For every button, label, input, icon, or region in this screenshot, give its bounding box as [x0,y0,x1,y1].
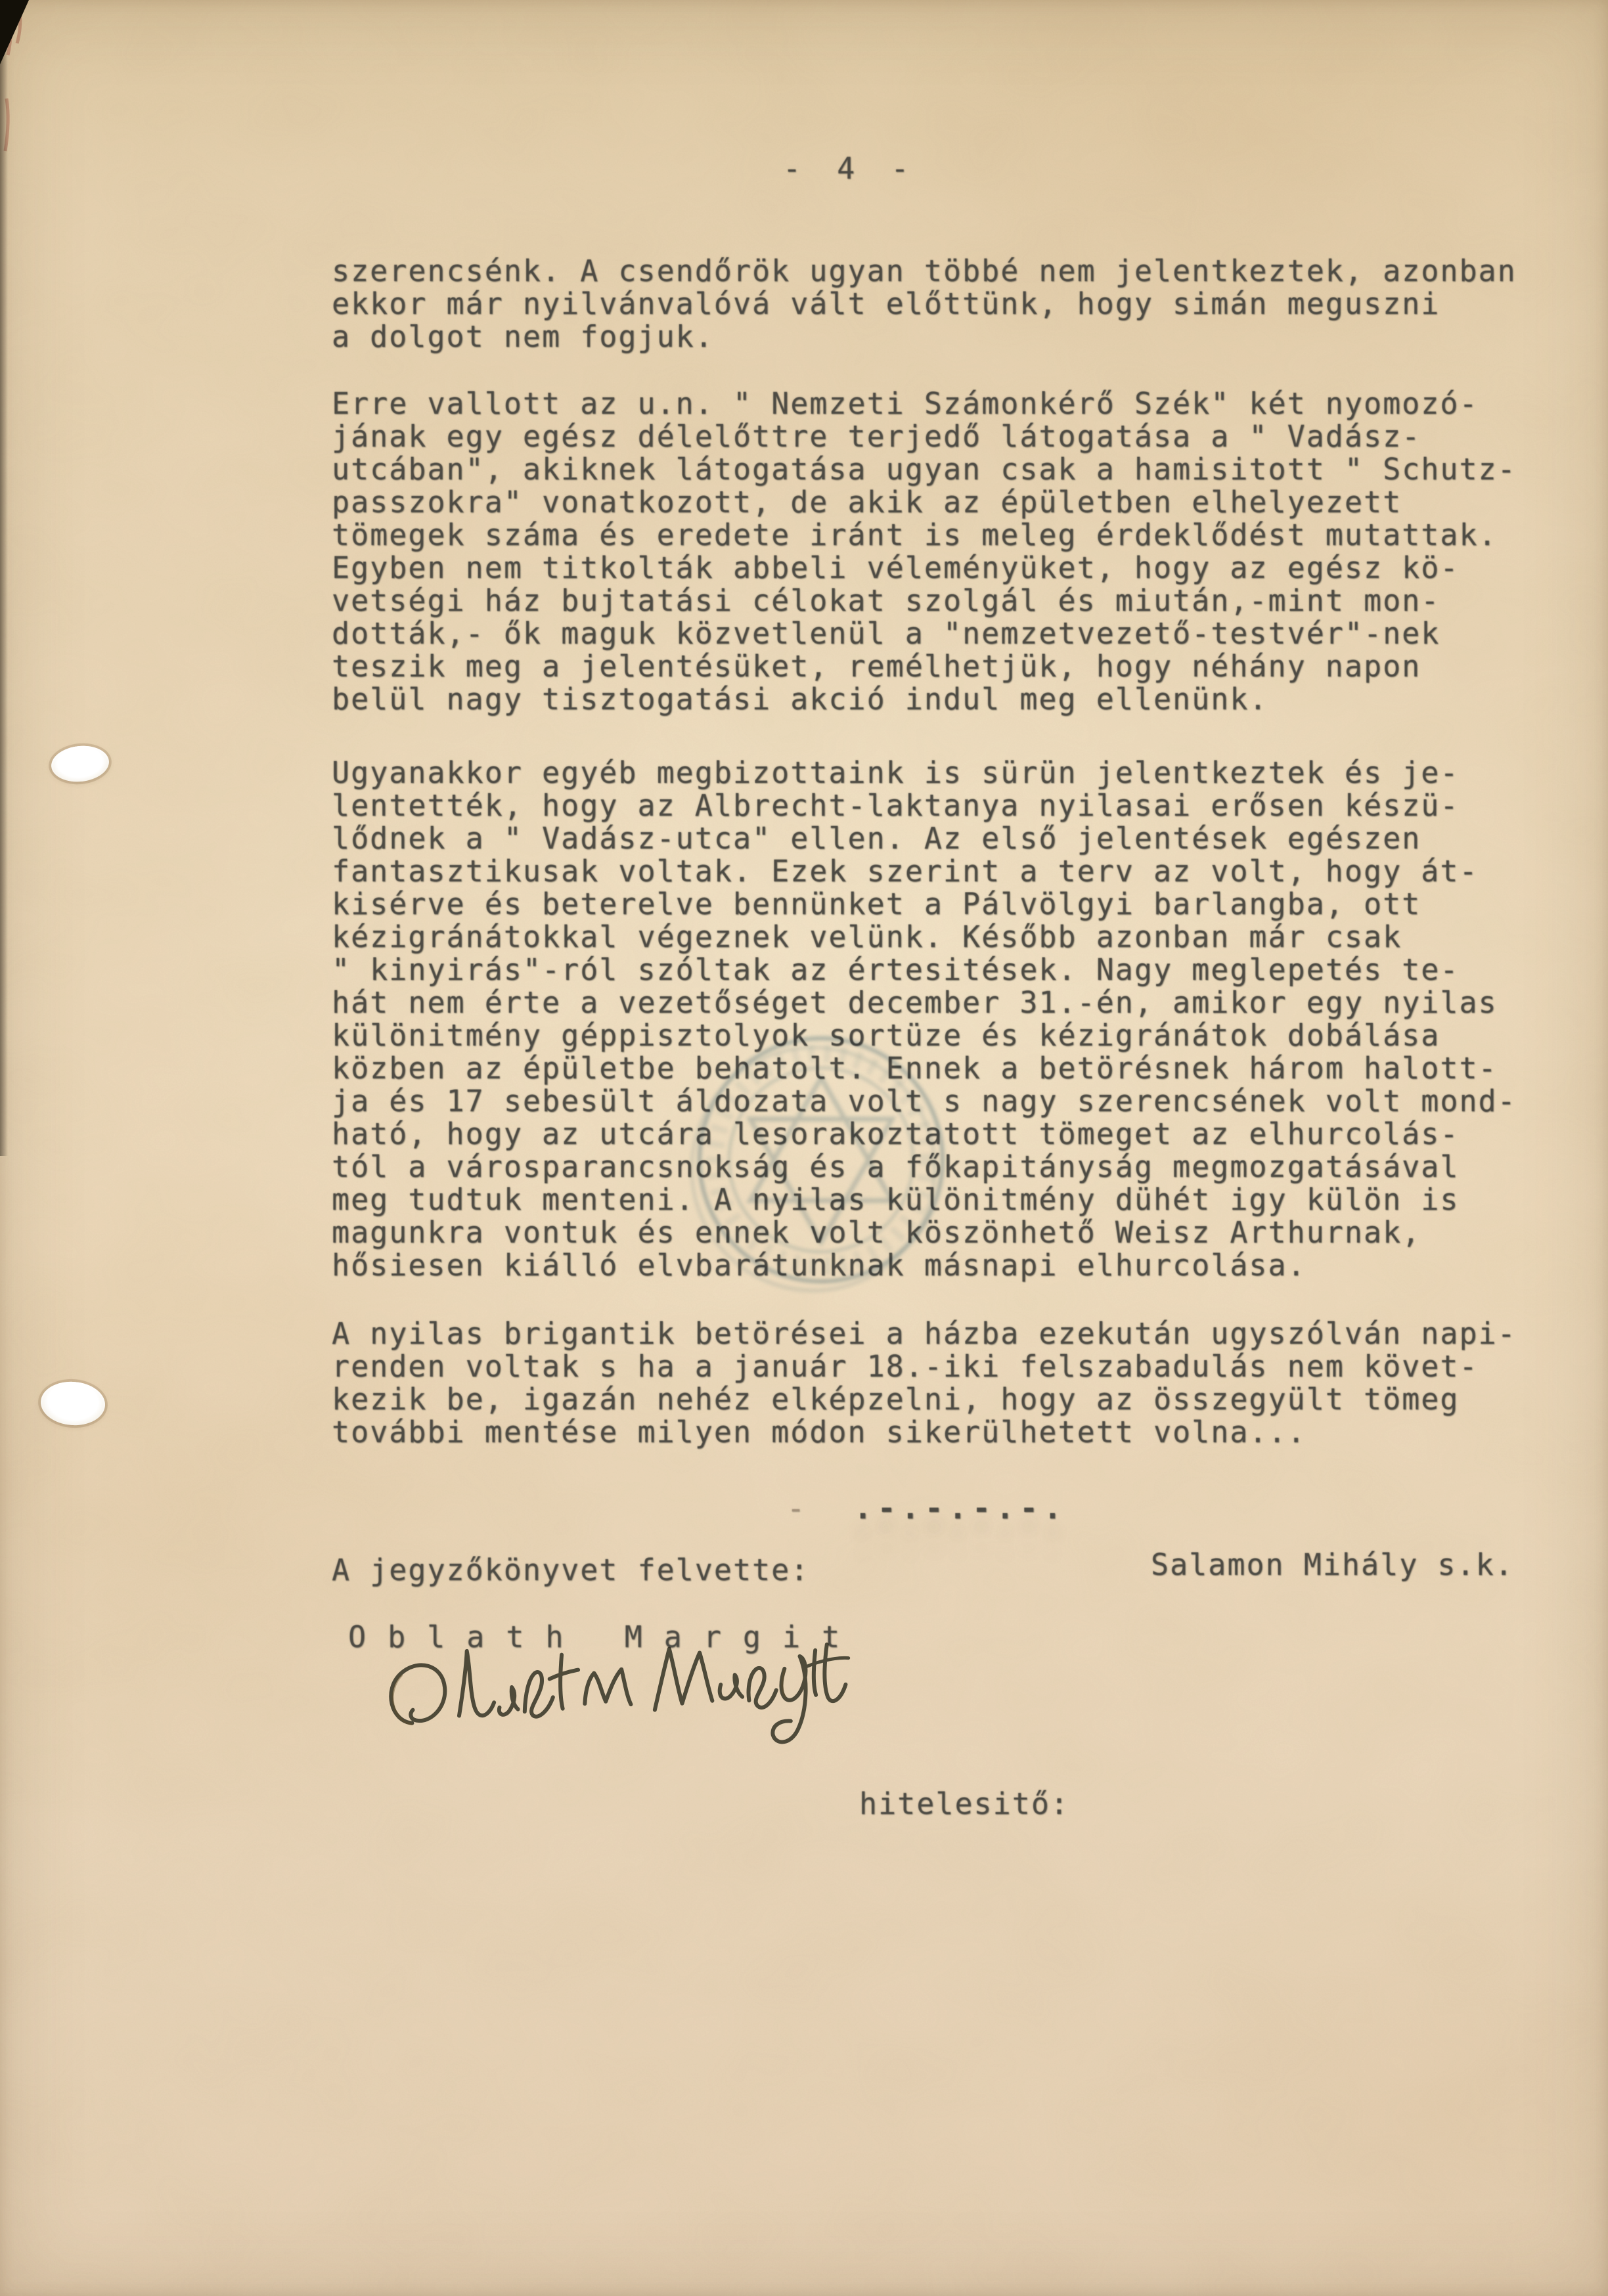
paragraph: Ugyanakkor egyéb megbizottaink is sürün … [332,757,1517,1282]
paragraph: A nyilas brigantik betörései a házba eze… [332,1317,1517,1449]
document-page: - 4 - szerencsénk. A csendőrök ugyan töb… [0,0,1608,2296]
paragraph-line: szerencsénk. A csendőrök ugyan többé nem… [332,255,1517,288]
paragraph-line: vetségi ház bujtatási célokat szolgál és… [332,585,1517,617]
paragraph-line: ható, hogy az utcára lesorakoztatott töm… [332,1118,1517,1151]
paragraph-line: teszik meg a jelentésüket, remélhetjük, … [332,650,1517,683]
handwritten-signature [378,1612,857,1783]
recorded-by-label: A jegyzőkönyvet felvette: [332,1554,809,1587]
paragraph-line: jának egy egész délelőttre terjedő látog… [332,420,1517,453]
typed-separator: .-.-.-.-. [854,1492,1067,1525]
paragraph-line: meg tudtuk menteni. A nyilas különitmény… [332,1183,1517,1216]
paragraph-line: magunkra vontuk és ennek volt köszönhető… [332,1216,1517,1249]
paragraph-line: kézigránátokkal végeznek velünk. Később … [332,921,1517,954]
paragraph-line: lentették, hogy az Albrecht-laktanya nyi… [332,789,1517,822]
paragraph-line: közben az épületbe behatolt. Ennek a bet… [332,1052,1517,1085]
paragraph-line: Erre vallott az u.n. " Nemzeti Számonkér… [332,387,1517,420]
paragraph-line: belül nagy tisztogatási akció indul meg … [332,683,1517,716]
recorder-signed-name: Salamon Mihály s.k. [1151,1549,1514,1581]
scan-edge-shadow [0,39,8,1156]
paragraph-line: A nyilas brigantik betörései a házba eze… [332,1317,1517,1350]
paragraph-line: ja és 17 sebesült áldozata volt s nagy s… [332,1085,1517,1118]
paragraph-line: renden voltak s ha a január 18.-iki fels… [332,1350,1517,1383]
paragraph-line: lődnek a " Vadász-utca" ellen. Az első j… [332,822,1517,855]
paragraph-line: a dolgot nem fogjuk. [332,320,1517,353]
paragraph: Erre vallott az u.n. " Nemzeti Számonkér… [332,387,1517,716]
paragraph-line: kezik be, igazán nehéz elképzelni, hogy … [332,1383,1517,1416]
paragraph-line: dották,- ők maguk közvetlenül a "nemzetv… [332,617,1517,650]
paragraph-line: ekkor már nyilvánvalóvá vált előttünk, h… [332,288,1517,320]
typed-separator-lead-dash: - [787,1492,806,1525]
attestor-label: hitelesitő: [859,1788,1069,1821]
paragraph-line: passzokra" vonatkozott, de akik az épüle… [332,486,1517,519]
punch-hole-bottom [39,1380,106,1428]
corner-edge-marks [0,0,79,210]
paragraph-line: Egyben nem titkolták abbeli véleményüket… [332,552,1517,585]
paragraph-line: fantasztikusak voltak. Ezek szerint a te… [332,855,1517,888]
paragraph-line: utcában", akiknek látogatása ugyan csak … [332,453,1517,486]
paragraph-line: " kinyirás"-ról szóltak az értesitések. … [332,954,1517,986]
paragraph-line: Ugyanakkor egyéb megbizottaink is sürün … [332,757,1517,789]
paragraph-line: hősiesen kiálló elvbarátunknak másnapi e… [332,1249,1517,1282]
paragraph-line: tól a városparancsnokság és a főkapitány… [332,1151,1517,1183]
paragraph-line: további mentése milyen módon sikerülhete… [332,1416,1517,1449]
punch-hole-top [49,743,110,785]
paragraph-line: hát nem érte a vezetőséget december 31.-… [332,986,1517,1019]
page-number: - 4 - [783,152,918,185]
paragraph-line: kisérve és beterelve bennünket a Pálvölg… [332,888,1517,921]
paragraph: szerencsénk. A csendőrök ugyan többé nem… [332,255,1517,353]
paragraph-line: tömegek száma és eredete iránt is meleg … [332,519,1517,552]
paragraph-line: különitmény géppisztolyok sortüze és kéz… [332,1019,1517,1052]
